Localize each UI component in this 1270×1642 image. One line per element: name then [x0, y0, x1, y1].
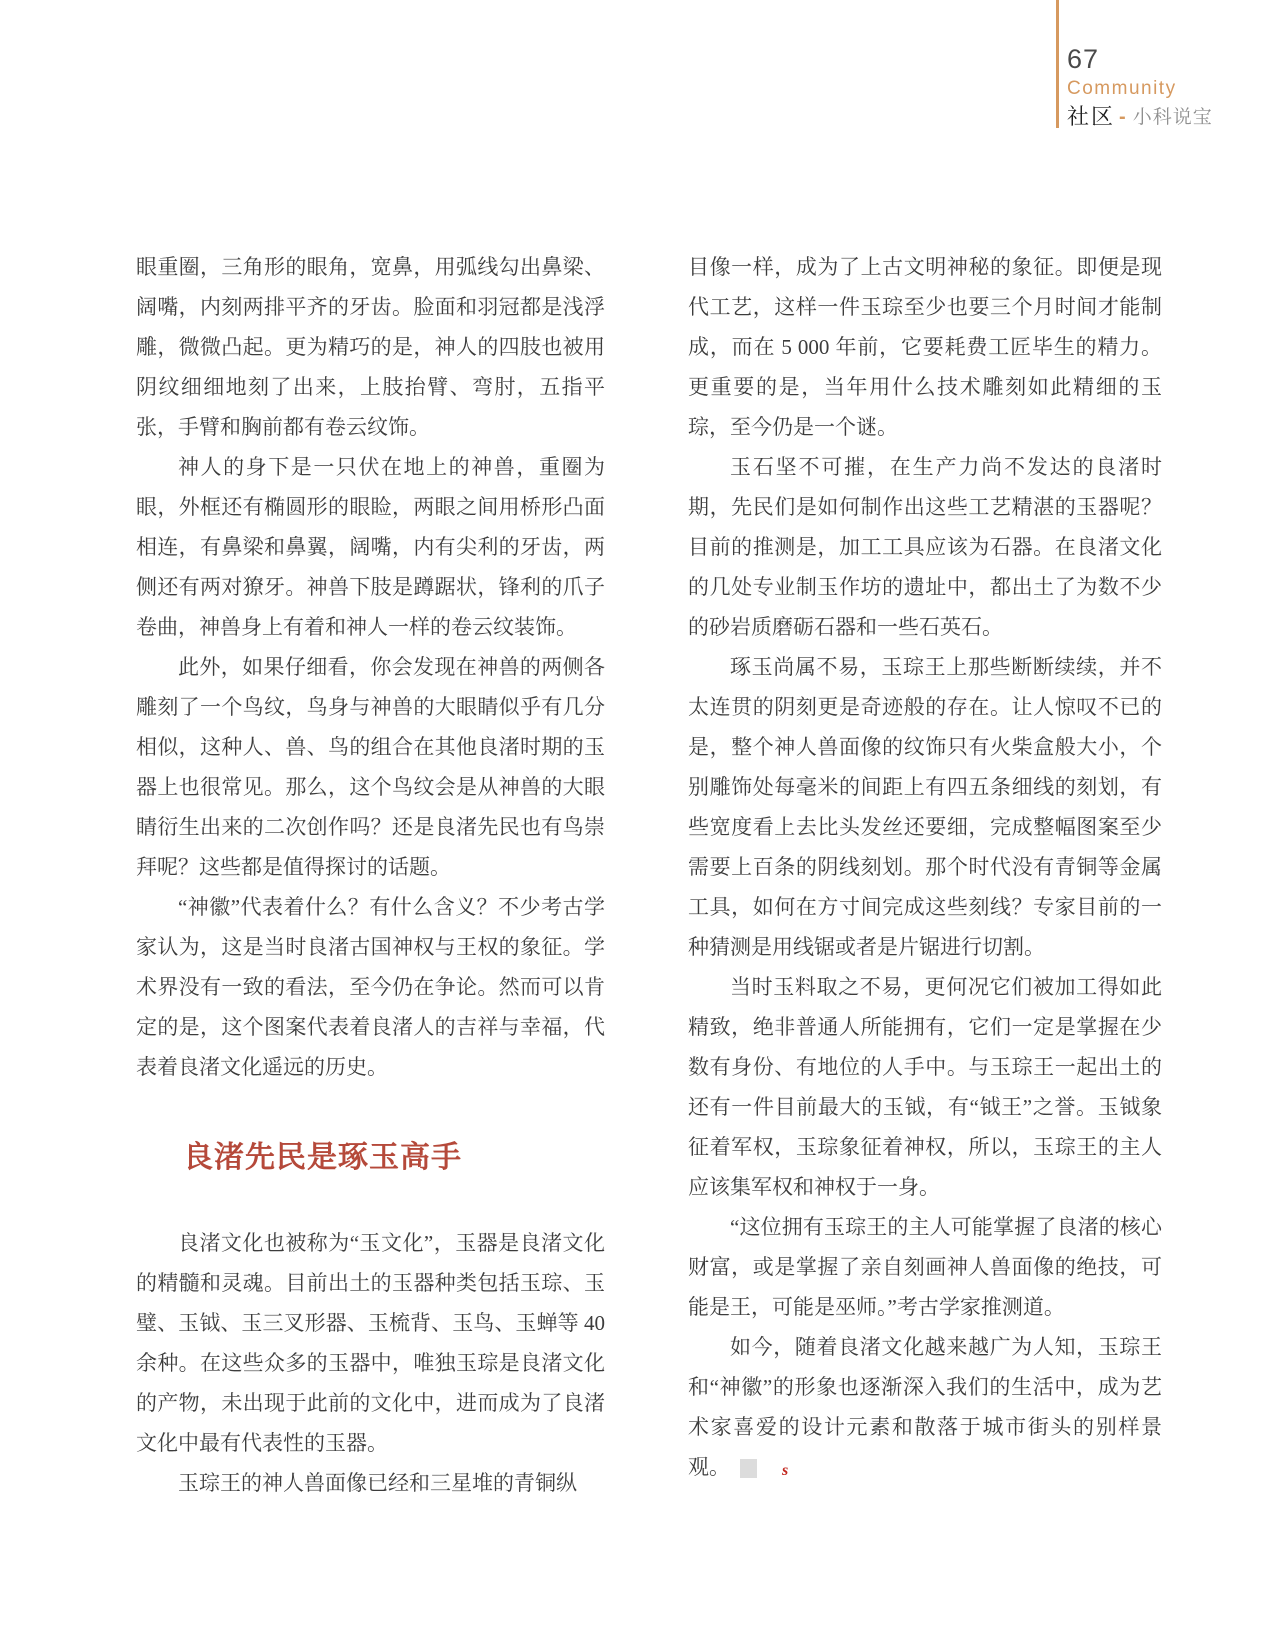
paragraph: 神人的身下是一只伏在地上的神兽，重圈为眼，外框还有椭圆形的眼睑，两眼之间用桥形凸…: [136, 447, 605, 647]
paragraph: 目像一样，成为了上古文明神秘的象征。即便是现代工艺，这样一件玉琮至少也要三个月时…: [688, 247, 1162, 447]
section-name-chinese: 社区: [1067, 106, 1115, 128]
magazine-page: 67 Community 社区 - 小科说宝 眼重圈，三角形的眼角，宽鼻，用弧线…: [0, 0, 1270, 1642]
right-text-column: 目像一样，成为了上古文明神秘的象征。即便是现代工艺，这样一件玉琮至少也要三个月时…: [688, 247, 1162, 1487]
article-end-mark: s: [740, 1459, 757, 1478]
left-text-column: 眼重圈，三角形的眼角，宽鼻，用弧线勾出鼻梁、阔嘴，内刻两排平齐的牙齿。脸面和羽冠…: [136, 247, 605, 1503]
masthead-vertical-rule: [1056, 0, 1059, 128]
masthead: 67 Community 社区 - 小科说宝: [1067, 46, 1213, 128]
end-mark-glyph: s: [782, 1462, 788, 1479]
column-name: 小科说宝: [1133, 108, 1213, 127]
paragraph: 当时玉料取之不易，更何况它们被加工得如此精致，绝非普通人所能拥有，它们一定是掌握…: [688, 967, 1162, 1207]
paragraph: “这位拥有玉琮王的主人可能掌握了良渚的核心财富，或是掌握了亲自刻画神人兽面像的绝…: [688, 1207, 1162, 1327]
section-name-row: 社区 - 小科说宝: [1067, 106, 1213, 128]
paragraph: “神徽”代表着什么？有什么含义？不少考古学家认为，这是当时良渚古国神权与王权的象…: [136, 887, 605, 1087]
paragraph: 玉琮王的神人兽面像已经和三星堆的青铜纵: [136, 1463, 605, 1503]
paragraph: 琢玉尚属不易，玉琮王上那些断断续续，并不太连贯的阴刻更是奇迹般的存在。让人惊叹不…: [688, 647, 1162, 967]
section-heading: 良渚先民是琢玉高手: [136, 1137, 605, 1179]
paragraph: 良渚文化也被称为“玉文化”，玉器是良渚文化的精髓和灵魂。目前出土的玉器种类包括玉…: [136, 1223, 605, 1463]
section-name-english: Community: [1067, 79, 1213, 98]
paragraph: 玉石坚不可摧，在生产力尚不发达的良渚时期，先民们是如何制作出这些工艺精湛的玉器呢…: [688, 447, 1162, 647]
paragraph-text: 如今，随着良渚文化越来越广为人知，玉琮王和“神徽”的形象也逐渐深入我们的生活中，…: [688, 1335, 1162, 1479]
paragraph: 如今，随着良渚文化越来越广为人知，玉琮王和“神徽”的形象也逐渐深入我们的生活中，…: [688, 1327, 1162, 1487]
paragraph: 此外，如果仔细看，你会发现在神兽的两侧各雕刻了一个鸟纹，鸟身与神兽的大眼睛似乎有…: [136, 647, 605, 887]
paragraph: 眼重圈，三角形的眼角，宽鼻，用弧线勾出鼻梁、阔嘴，内刻两排平齐的牙齿。脸面和羽冠…: [136, 247, 605, 447]
section-divider-dash: -: [1119, 107, 1126, 127]
page-number: 67: [1067, 46, 1213, 73]
